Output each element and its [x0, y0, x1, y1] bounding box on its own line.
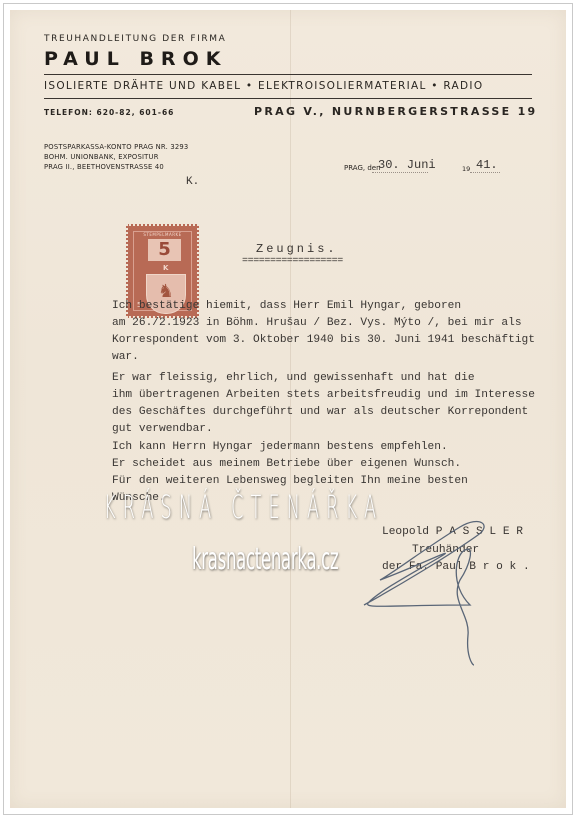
- body-line: Korrespondent vom 3. Oktober 1940 bis 30…: [112, 334, 535, 346]
- stamp-top-text: STEMPELMARKE: [134, 232, 191, 237]
- watermark-title: KRÁSNÁ ČTENÁŘKA: [104, 488, 383, 526]
- letterhead-firm-name: PAUL BROK: [44, 48, 227, 70]
- body-line: Für den weiteren Lebensweg begleiten Ihn…: [112, 475, 468, 487]
- stamp-value: 5: [158, 239, 171, 260]
- handwritten-signature: [360, 505, 500, 675]
- year-dotted-line: [470, 172, 500, 173]
- letterhead-address: PRAG V., NURNBERGERSTRASSE 19: [254, 105, 538, 118]
- body-line: Er scheidet aus meinem Betriebe über eig…: [112, 458, 461, 470]
- title-underline: ==================: [242, 256, 343, 267]
- document-title: Zeugnis.: [256, 242, 338, 256]
- watermark-url: krasnactenarka.cz: [192, 542, 338, 577]
- stamp-value-box: 5: [148, 239, 181, 261]
- body-line: Ich bestätige hiemit, dass Herr Emil Hyn…: [112, 300, 461, 312]
- reference-mark: K.: [186, 176, 199, 188]
- body-line: des Geschäftes durchgeführt und war als …: [112, 406, 528, 418]
- body-line: war.: [112, 351, 139, 363]
- body-line: am 26./2.1923 in Böhm. Hrušau / Bez. Vys…: [112, 317, 522, 329]
- dateline-date: 30. Juni: [378, 158, 436, 172]
- letterhead-rule-top: [44, 74, 532, 75]
- letterhead-trust-line: TREUHANDLEITUNG DER FIRMA: [44, 34, 226, 44]
- bank-line: POSTSPARKASSA-KONTO PRAG NR. 3293: [44, 142, 188, 152]
- dateline-year: 41.: [476, 158, 498, 172]
- body-line: Ich kann Herrn Hyngar jedermann bestens …: [112, 441, 448, 453]
- date-dotted-line: [372, 172, 428, 173]
- lion-icon: ♞: [147, 281, 185, 302]
- bank-details: POSTSPARKASSA-KONTO PRAG NR. 3293 BOHM. …: [44, 142, 188, 172]
- letterhead-phone: TELEFON: 620-82, 601-66: [44, 108, 174, 117]
- body-line: ihm übertragenen Arbeiten stets arbeitsf…: [112, 389, 535, 401]
- letterhead-rule-bottom: [44, 98, 532, 99]
- bank-line: BOHM. UNIONBANK, EXPOSITUR: [44, 152, 188, 162]
- stamp-border: STEMPELMARKE 5 K ♞ 5: [133, 231, 192, 311]
- letterhead-products: ISOLIERTE DRÄHTE UND KABEL • ELEKTROISOL…: [44, 80, 483, 92]
- body-line: Er war fleissig, ehrlich, und gewissenha…: [112, 372, 475, 384]
- body-line: gut verwendbar.: [112, 423, 213, 435]
- dateline-place: PRAG, den: [344, 164, 381, 172]
- stamp-unit: K: [163, 264, 168, 272]
- bank-line: PRAG II., BEETHOVENSTRASSE 40: [44, 162, 188, 172]
